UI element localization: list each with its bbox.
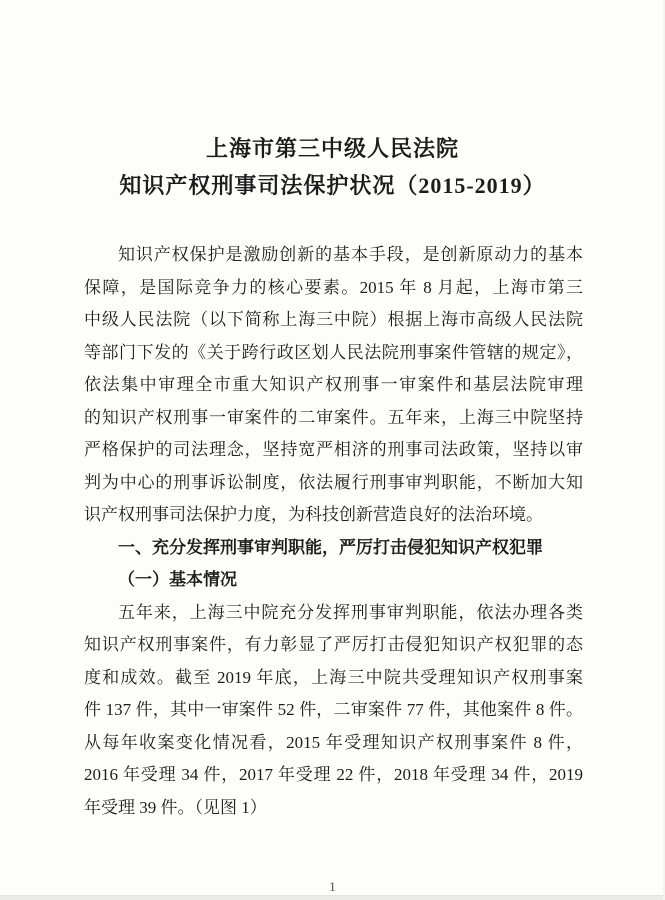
text-line: 识产权刑事司法保护力度，为科技创新营造良好的法治环境。: [84, 499, 583, 532]
document-title-line2: 知识产权刑事司法保护状况（2015-2019）: [0, 167, 665, 204]
text-line: 严格保护的司法理念，坚持宽严相济的刑事司法政策，坚持以审: [84, 434, 583, 467]
text-line: 从每年收案变化情况看，2015 年受理知识产权刑事案件 8 件，: [84, 727, 583, 760]
document-page: 上海市第三中级人民法院 知识产权刑事司法保护状况（2015-2019） 知识产权…: [0, 0, 665, 900]
document-title: 上海市第三中级人民法院 知识产权刑事司法保护状况（2015-2019）: [0, 130, 665, 204]
subsection-1-1-heading: （一）基本情况: [84, 564, 583, 597]
paragraph-intro: 知识产权保护是激励创新的基本手段，是创新原动力的基本保障，是国际竞争力的核心要素…: [84, 239, 583, 532]
text-line: 判为中心的刑事诉讼制度，依法履行刑事审判职能，不断加大知: [84, 467, 583, 500]
text-line: 年受理 39 件。（见图 1）: [84, 792, 583, 825]
text-line: 2016 年受理 34 件，2017 年受理 22 件，2018 年受理 34 …: [84, 759, 583, 792]
scan-edge-bottom: [0, 895, 665, 900]
document-body: 知识产权保护是激励创新的基本手段，是创新原动力的基本保障，是国际竞争力的核心要素…: [84, 239, 583, 824]
text-line: 中级人民法院（以下简称上海三中院）根据上海市高级人民法院: [84, 304, 583, 337]
document-title-line1: 上海市第三中级人民法院: [0, 130, 665, 167]
text-line: 知识产权保护是激励创新的基本手段，是创新原动力的基本: [84, 239, 583, 272]
text-line: 等部门下发的《关于跨行政区划人民法院刑事案件管辖的规定》，: [84, 337, 583, 370]
text-line: 保障，是国际竞争力的核心要素。2015 年 8 月起，上海市第三: [84, 272, 583, 305]
section-1-heading: 一、充分发挥刑事审判职能，严厉打击侵犯知识产权犯罪: [84, 532, 583, 565]
text-line: 依法集中审理全市重大知识产权刑事一审案件和基层法院审理: [84, 369, 583, 402]
text-line: 件 137 件，其中一审案件 52 件，二审案件 77 件，其他案件 8 件。: [84, 694, 583, 727]
text-line: 度和成效。截至 2019 年底，上海三中院共受理知识产权刑事案: [84, 662, 583, 695]
paragraph-basic-situation: 五年来，上海三中院充分发挥刑事审判职能，依法办理各类知识产权刑事案件，有力彰显了…: [84, 597, 583, 825]
text-line: 知识产权刑事案件，有力彰显了严厉打击侵犯知识产权犯罪的态: [84, 629, 583, 662]
text-line: 的知识产权刑事一审案件的二审案件。五年来，上海三中院坚持: [84, 402, 583, 435]
page-number: 1: [0, 879, 665, 895]
text-line: 五年来，上海三中院充分发挥刑事审判职能，依法办理各类: [84, 597, 583, 630]
